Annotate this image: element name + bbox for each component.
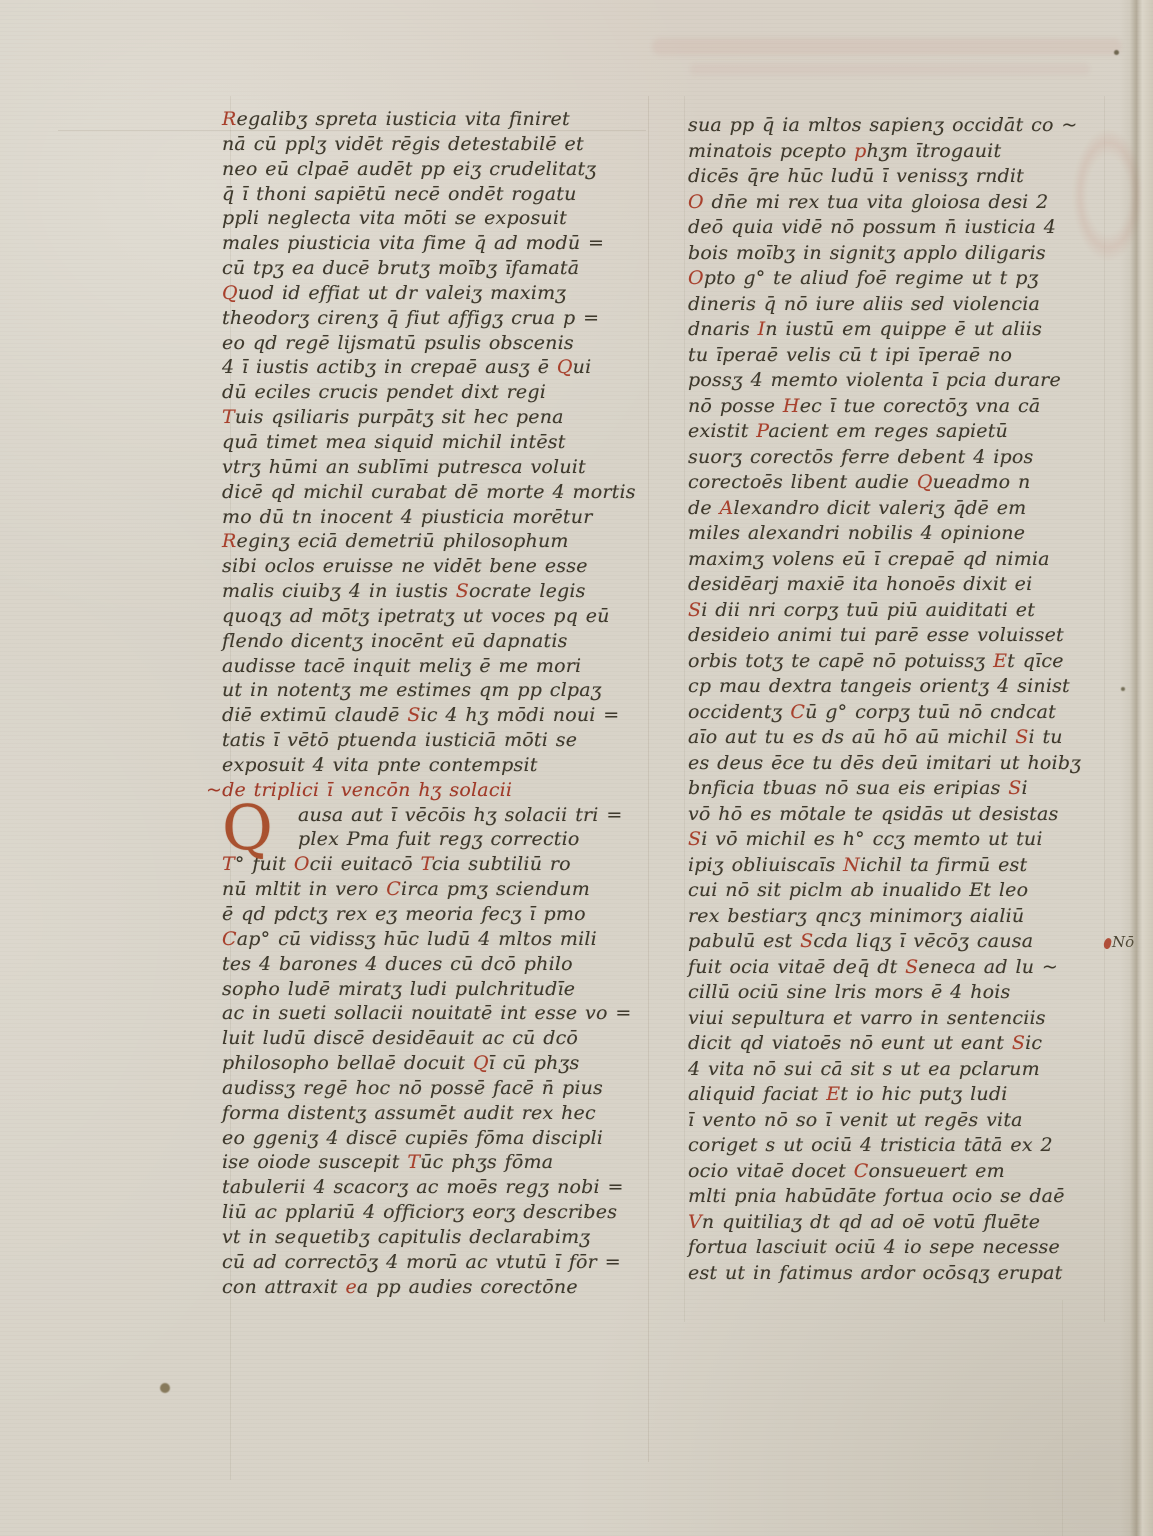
text-line: malis ciuibʒ 4 in iustis Socrate legis <box>222 580 652 605</box>
text-line: sibi oclos eruisse ne vidēt bene esse <box>222 555 652 580</box>
text-line: males piusticia vita fime q̄ ad modū = <box>222 232 652 257</box>
text-line: bnficia tbuas nō sua eis eripias Si <box>688 777 1112 803</box>
red-touched-letter: C <box>386 878 401 900</box>
text-line: corectoēs libent audie Queadmo n <box>688 471 1112 497</box>
red-touched-letter: N <box>843 854 860 876</box>
text-line: philosopho bellaē docuit Qī cū phʒs <box>222 1052 652 1077</box>
red-touched-letter: Q <box>917 471 933 493</box>
red-touched-letter: S <box>1015 726 1028 748</box>
text-line: dnaris In iustū em quippe ē ut aliis <box>688 318 1112 344</box>
text-line: mlti pnia habūdāte fortua ocio se daē <box>688 1185 1112 1211</box>
text-line: Regalibʒ spreta iusticia vita finiret <box>222 108 652 133</box>
text-line: possʒ 4 memto violenta ī pcia durare <box>688 369 1112 395</box>
text-line: rex bestiarʒ qncʒ minimorʒ aialiū <box>688 905 1112 931</box>
red-touched-letter: O <box>294 853 310 875</box>
red-touched-letter: H <box>783 395 800 417</box>
text-line: plex Pma fuit regʒ correctio <box>222 828 652 853</box>
text-line: luit ludū discē desidēauit ac cū dcō <box>222 1027 652 1052</box>
text-line: coriget s ut ociū 4 tristicia tātā ex 2 <box>688 1134 1112 1160</box>
red-touched-letter: I <box>758 318 766 340</box>
text-line: tatis ī vētō ptuenda iusticiā mōti se <box>222 729 652 754</box>
text-line: Quod id effiat ut dr valeiʒ maximʒ <box>222 282 652 307</box>
paper-speck <box>1114 50 1119 55</box>
text-line: 4 vita nō sui cā sit s ut ea pclarum <box>688 1058 1112 1084</box>
text-line: dicit qd viatoēs nō eunt ut eant Sic <box>688 1032 1112 1058</box>
text-line: minatois pcepto phʒm ītrogauit <box>688 140 1112 166</box>
text-line: aliquid faciat Et io hic putʒ ludi <box>688 1083 1112 1109</box>
text-line: quoqʒ ad mōtʒ ipetratʒ ut voces pq eū <box>222 605 652 630</box>
red-touched-letter: C <box>854 1160 869 1182</box>
text-line: O dn̄e mi rex tua vita gloiosa desi 2 <box>688 191 1112 217</box>
red-touched-letter: C <box>222 928 237 950</box>
red-touched-letter: p <box>854 140 866 162</box>
text-line: ipiʒ obliuiscaīs Nichil ta firmū est <box>688 854 1112 880</box>
red-touched-letter: T <box>421 853 432 875</box>
text-line: desideio animi tui parē esse voluisset <box>688 624 1112 650</box>
text-column-right: sua pp q̄ ia mltos sapienʒ occidāt co ~m… <box>688 114 1112 1287</box>
text-line: ppli neglecta vita mōti se exposuit <box>222 207 652 232</box>
red-touched-letter: C <box>790 701 805 723</box>
text-line: de Alexandro dicit valeriʒ q̄dē em <box>688 497 1112 523</box>
red-touched-letter: R <box>222 108 237 130</box>
text-line: cp mau dextra tangeis orientʒ 4 sinist <box>688 675 1112 701</box>
text-line: ausa aut ī vēcōis hʒ solacii tri = <box>222 804 652 829</box>
text-line: T° fuit Ocii euitacō Tcia subtiliū ro <box>222 853 652 878</box>
red-touched-letter: e <box>345 1276 356 1298</box>
ruling-line <box>1062 1300 1063 1536</box>
text-line: flendo dicentʒ inocēnt eū dapnatis <box>222 630 652 655</box>
text-line: Si vō michil es h° ccʒ memto ut tui <box>688 828 1112 854</box>
text-column-left: Regalibʒ spreta iusticia vita finiretnā … <box>222 108 652 1301</box>
text-line: viui sepultura et varro in sentenciis <box>688 1007 1112 1033</box>
text-line: Cap° cū vidissʒ hūc ludū 4 mltos mili <box>222 928 652 953</box>
red-touched-letter: P <box>756 420 768 442</box>
ruling-line <box>684 96 685 1322</box>
red-touched-letter: V <box>688 1211 702 1233</box>
text-line: fortua lasciuit ociū 4 io sepe necesse <box>688 1236 1112 1262</box>
red-touched-letter: S <box>800 930 813 952</box>
text-line: dū eciles crucis pendet dixt regi <box>222 381 652 406</box>
text-line: audisse tacē inquit meliʒ ē me mori <box>222 655 652 680</box>
text-line: nā cū pplʒ vidēt rēgis detestabilē et <box>222 133 652 158</box>
text-line: sopho ludē miratʒ ludi pulchritudīe <box>222 978 652 1003</box>
ink-show-through <box>690 63 1090 75</box>
text-line: tes 4 barones 4 duces cū dcō philo <box>222 953 652 978</box>
red-touched-letter: A <box>720 497 734 519</box>
red-touched-letter: S <box>1008 777 1021 799</box>
red-touched-letter: Q <box>473 1052 489 1074</box>
text-line: 4 ī iustis actibʒ in crepaē ausʒ ē Qui <box>222 356 652 381</box>
red-touched-letter: E <box>993 650 1007 672</box>
text-line: occidentʒ Cū g° corpʒ tuū nō cndcat <box>688 701 1112 727</box>
text-line: maximʒ volens eū ī crepaē qd nimia <box>688 548 1112 574</box>
text-line: cū ad correctōʒ 4 morū ac vtutū ī fōr = <box>222 1251 652 1276</box>
red-touched-letter: E <box>826 1083 840 1105</box>
text-line: diē extimū claudē Sic 4 hʒ mōdi noui = <box>222 704 652 729</box>
text-line: vō hō es mōtale te qsidās ut desistas <box>688 803 1112 829</box>
page-edge <box>1120 0 1153 1536</box>
text-line: Vn quitiliaʒ dt qd ad oē votū fluēte <box>688 1211 1112 1237</box>
manuscript-page: Regalibʒ spreta iusticia vita finiretnā … <box>0 0 1153 1536</box>
text-line: audissʒ regē hoc nō possē facē n̄ pius <box>222 1077 652 1102</box>
text-line: cui nō sit piclm ab inualido Et leo <box>688 879 1112 905</box>
red-touched-letter: R <box>222 530 237 552</box>
text-line: deō quia vidē nō possum n̄ iusticia 4 <box>688 216 1112 242</box>
red-touched-letter: O <box>688 267 704 289</box>
red-touched-letter: S <box>688 828 701 850</box>
text-line: cū tpʒ ea ducē brutʒ moībʒ īfamatā <box>222 257 652 282</box>
text-line: Opto g° te aliud foē regime ut t pʒ <box>688 267 1112 293</box>
text-line: est ut in fatimus ardor ocōsqʒ erupat <box>688 1262 1112 1288</box>
text-line: forma distentʒ assumēt audit rex hec <box>222 1102 652 1127</box>
text-line: ocio vitaē docet Consueuert em <box>688 1160 1112 1186</box>
text-line: ac in sueti sollacii nouitatē int esse v… <box>222 1002 652 1027</box>
text-line: ise oiode suscepit Tūc phʒs fōma <box>222 1151 652 1176</box>
text-line: tu īperaē velis cū t ipi īperaē no <box>688 344 1112 370</box>
text-line: eo ggeniʒ 4 discē cupiēs fōma discipli <box>222 1127 652 1152</box>
text-line: es deus ēce tu dēs deū imitari ut hoibʒ <box>688 752 1112 778</box>
red-touched-letter: Q <box>557 356 573 378</box>
text-line: aīo aut tu es ds aū hō aū michil Si tu <box>688 726 1112 752</box>
red-touched-letter: S <box>456 580 469 602</box>
text-line: vt in sequetibʒ capitulis declarabimʒ <box>222 1226 652 1251</box>
text-line: fuit ocia vitaē deq̄ dt Seneca ad lu ~ <box>688 956 1112 982</box>
text-line: theodorʒ cirenʒ q̄ fiut affigʒ crua p = <box>222 307 652 332</box>
text-line: eo qd regē lijsmatū psulis obscenis <box>222 332 652 357</box>
text-line: Si dii nri corpʒ tuū piū auiditati et <box>688 599 1112 625</box>
text-line: ē qd pdctʒ rex eʒ meoria fecʒ ī pmo <box>222 903 652 928</box>
text-line: exposuit 4 vita pnte contempsit <box>222 754 652 779</box>
text-line: pabulū est Scda liqʒ ī vēcōʒ causa <box>688 930 1112 956</box>
text-line: Reginʒ eciā demetriū philosophum <box>222 530 652 555</box>
red-touched-letter: S <box>905 956 918 978</box>
text-line: desidēarj maxiē ita honoēs dixit ei <box>688 573 1112 599</box>
ink-show-through <box>652 38 1122 55</box>
red-touched-letter: O <box>688 191 704 213</box>
text-line: bois moībʒ in signitʒ applo diligaris <box>688 242 1112 268</box>
red-touched-letter: S <box>1012 1032 1025 1054</box>
text-line: Tuis qsiliaris purpātʒ sit hec pena <box>222 406 652 431</box>
text-line: dicēs q̄re hūc ludū ī venissʒ rndit <box>688 165 1112 191</box>
text-line: tabulerii 4 scacorʒ ac moēs regʒ nobi = <box>222 1176 652 1201</box>
red-touched-letter: T <box>407 1151 420 1173</box>
text-line: cillū ociū sine lris mors ē 4 hois <box>688 981 1112 1007</box>
text-line: nū mltit in vero Circa pmʒ sciendum <box>222 878 652 903</box>
text-line: con attraxit ea pp audies corectōne <box>222 1276 652 1301</box>
rubric-line: ~de triplici ī vencōn hʒ solacii <box>206 779 652 804</box>
red-touched-letter: S <box>407 704 420 726</box>
text-line: orbis totʒ te capē nō potuissʒ Et qīce <box>688 650 1112 676</box>
drop-cap-initial: Q <box>222 797 273 859</box>
text-line: suorʒ corectōs ferre debent 4 ipos <box>688 446 1112 472</box>
text-line: sua pp q̄ ia mltos sapienʒ occidāt co ~ <box>688 114 1112 140</box>
text-line: vtrʒ hūmi an sublīmi putresca voluit <box>222 456 652 481</box>
red-touched-letter: Q <box>222 282 238 304</box>
text-line: mo dū tn inocent 4 piusticia morētur <box>222 506 652 531</box>
text-line: ī vento nō so ī venit ut regēs vita <box>688 1109 1112 1135</box>
red-touched-letter: T <box>222 406 235 428</box>
text-line: existit Pacient em reges sapietū <box>688 420 1112 446</box>
text-line: miles alexandri nobilis 4 opinione <box>688 522 1112 548</box>
text-line: ut in notentʒ me estimes qm pp clpaʒ <box>222 679 652 704</box>
text-line: liū ac pplariū 4 officiorʒ eorʒ describe… <box>222 1201 652 1226</box>
text-line: nō posse Hec ī tue corectōʒ vna cā <box>688 395 1112 421</box>
text-line: dicē qd michil curabat dē morte 4 mortis <box>222 481 652 506</box>
red-touched-letter: S <box>688 599 701 621</box>
paper-speck <box>160 1383 170 1393</box>
text-line: quā timet mea siquid michil intēst <box>222 431 652 456</box>
text-line: q̄ ī thoni sapiētū necē ondēt rogatu <box>222 183 652 208</box>
text-line: neo eū clpaē audēt pp eiʒ crudelitatʒ <box>222 158 652 183</box>
text-line: dineris q̄ nō iure aliis sed violencia <box>688 293 1112 319</box>
